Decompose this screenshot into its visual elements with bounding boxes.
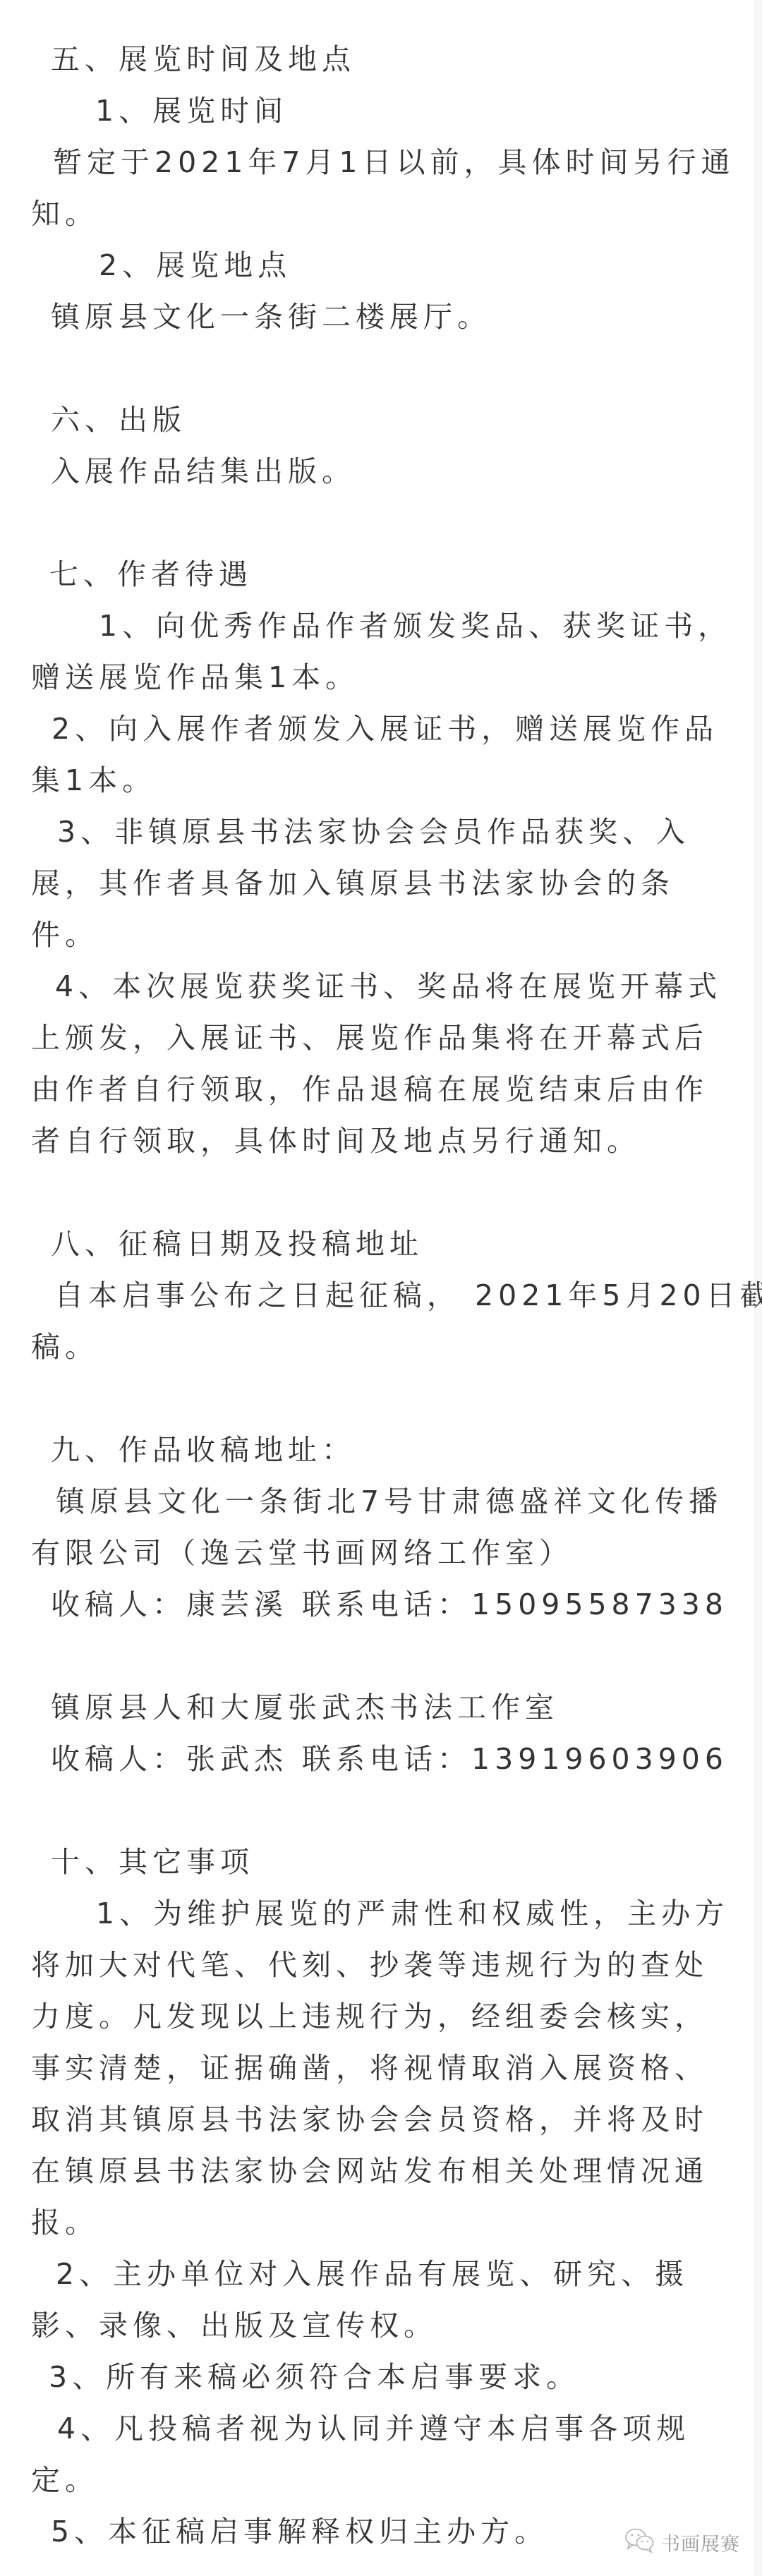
section-heading: 八、征稿日期及投稿地址 [31,1219,734,1270]
blank-line [31,1167,734,1219]
paragraph-line: 3、所有来稿必须符合本启事要求。 [31,2352,734,2403]
paragraph-line: 镇原县人和大厦张武杰书法工作室 [31,1682,734,1734]
section-heading: 九、作品收稿地址： [31,1425,734,1476]
blank-line [31,1631,734,1682]
paragraph-line: 镇原县文化一条街二楼展厅。 [31,291,734,343]
paragraph-line: 收稿人：张武杰 联系电话：13919603906 [31,1734,734,1785]
paragraph-line: 自本启事公布之日起征稿， 2021年5月20日截 [31,1270,734,1322]
paragraph-line: 展，其作者具备加入镇原县书法家协会的条 [31,858,734,909]
paragraph-line: 2、向入展作者颁发入展证书，赠送展览作品 [31,703,734,755]
blank-line [31,1373,734,1425]
paragraph-line: 3、非镇原县书法家协会会员作品获奖、入 [31,806,734,858]
paragraph-line: 镇原县文化一条街北7号甘肃德盛祥文化传播 [31,1476,734,1528]
paragraph-line: 赠送展览作品集1本。 [31,652,734,703]
blank-line [31,1785,734,1837]
paragraph-line: 者自行领取，具体时间及地点另行通知。 [31,1115,734,1167]
paragraph-line: 暂定于2021年7月1日以前，具体时间另行通 [31,137,734,188]
paragraph-line: 件。 [31,909,734,961]
section-heading: 十、其它事项 [31,1837,734,1888]
paragraph-line: 力度。凡发现以上违规行为，经组委会核实， [31,1991,734,2043]
paragraph-line: 4、本次展览获奖证书、奖品将在展览开幕式 [31,961,734,1012]
paragraph-line: 事实清楚，证据确凿，将视情取消入展资格、 [31,2043,734,2094]
paragraph-line: 影、录像、出版及宣传权。 [31,2300,734,2352]
subsection-heading: 1、展览时间 [31,85,734,137]
subsection-heading: 2、展览地点 [31,240,734,291]
paragraph-line: 在镇原县书法家协会网站发布相关处理情况通 [31,2146,734,2197]
paragraph-line: 1、向优秀作品作者颁发奖品、获奖证书， [31,600,734,652]
paragraph-line: 取消其镇原县书法家协会会员资格，并将及时 [31,2094,734,2146]
paragraph-line: 报。 [31,2197,734,2249]
blank-line [31,497,734,549]
paragraph-line: 入展作品结集出版。 [31,446,734,497]
paragraph-line: 将加大对代笔、代刻、抄袭等违规行为的查处 [31,1940,734,1991]
section-heading: 五、展览时间及地点 [31,34,734,85]
section-heading: 六、出版 [31,394,734,446]
paragraph-line: 有限公司（逸云堂书画网络工作室） [31,1528,734,1579]
paragraph-line: 上颁发，入展证书、展览作品集将在开幕式后 [31,1012,734,1064]
wechat-icon [624,2527,661,2558]
paragraph-line: 知。 [31,188,734,240]
blank-line [31,343,734,394]
watermark-text: 书画展赛 [661,2529,740,2556]
paragraph-line: 收稿人：康芸溪 联系电话：15095587338 [31,1579,734,1631]
paragraph-line: 1、为维护展览的严肃性和权威性，主办方 [31,1888,734,1940]
paragraph-line: 集1本。 [31,755,734,806]
paragraph-line: 4、凡投稿者视为认同并遵守本启事各项规 [31,2403,734,2455]
paragraph-line: 由作者自行领取，作品退稿在展览结束后由作 [31,1064,734,1115]
paragraph-line: 定。 [31,2455,734,2506]
paragraph-line: 稿。 [31,1322,734,1373]
watermark: 书画展赛 [624,2524,740,2560]
paragraph-line: 2、主办单位对入展作品有展览、研究、摄 [31,2249,734,2300]
announcement-document: 五、展览时间及地点1、展览时间暂定于2021年7月1日以前，具体时间另行通知。2… [31,34,734,2558]
section-heading: 七、作者待遇 [31,549,734,600]
